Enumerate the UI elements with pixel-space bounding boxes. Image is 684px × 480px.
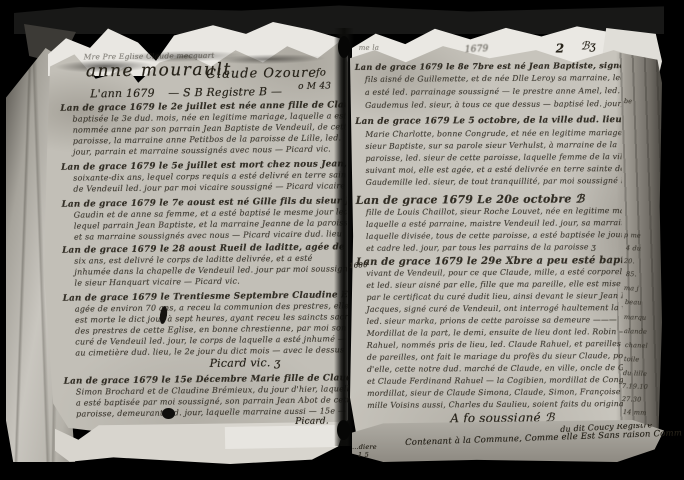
manuscript-line: sieur Baptiste, sur sa parole sieur Verh… [365, 141, 617, 151]
page-heading: Claude Ozoure [206, 67, 317, 81]
manuscript-line: six ans, est delivré le corps de laditte… [74, 255, 312, 266]
edge-fragment: ma j [624, 285, 639, 292]
edge-fragments: be p me 4 du 20. 85. ma j beau marqu ala… [620, 90, 682, 435]
edge-fragment: p me [624, 232, 641, 239]
footer-note: Contenant à la Commune, Comme elle Est S… [405, 429, 682, 448]
edge-fragment: marqu [624, 314, 647, 321]
manuscript-line: mordillat, sieur de Claude Simona, Claud… [367, 388, 621, 398]
scribble: 1679 [465, 45, 489, 55]
left-page-text: Mre Pre Eglise Claude mecquart anne mour… [56, 38, 350, 440]
manuscript-line: de Vendeuil led. jour par moi vicaire so… [73, 182, 345, 193]
manuscript-line: d'elle, cette notre dud. marché de Claud… [367, 364, 623, 374]
manuscript-line: Marie Charlotte, bonne Congrude, et née … [365, 129, 623, 139]
right-page-text: me la 1679 2 ℬʒ Lan de grace 1679 le 8e … [353, 37, 624, 431]
manuscript-line: mille Voisins aussi, Charles du Saulieu,… [367, 400, 623, 410]
manuscript-line: au cimetière dud. lieu, le 2e jour du di… [75, 346, 344, 357]
edge-fragment: toile [624, 356, 640, 363]
manuscript-line: jour, parrain et marraine soussignés ave… [73, 145, 331, 156]
edge-fragment: 14 mm [623, 409, 647, 416]
paraph-flourish: ℬʒ [581, 40, 596, 51]
manuscript-line: paroisse, led. sieur de cette paroisse, … [365, 153, 623, 163]
margin-year: 1680 [349, 262, 368, 270]
manuscript-line: Lan de grace 1679 le 29e Xbre a peu esté… [356, 256, 623, 268]
edge-fragment: alande [624, 328, 647, 335]
signature: Picard. [295, 417, 329, 426]
subheading: L'ann 1679 [90, 88, 155, 100]
manuscript-line: a esté led. parrainage soussigné — le pr… [365, 87, 620, 97]
manuscript-line: et sa marraine soussignés avec nous — Pi… [74, 230, 342, 241]
manuscript-line: vivant de Vendeuil, pour ce que Claude, … [366, 268, 623, 278]
edge-fragment: 85. [626, 271, 637, 278]
page-heading: fo [316, 68, 326, 78]
manuscript-line: Lan de grace 1679 Le 20e octobre ℬ [356, 193, 585, 206]
edge-fragment: 20. [624, 258, 635, 265]
manuscript-line: et Claude Ferdinand Rahuel — la Cogibien… [367, 376, 623, 386]
edge-fragment: 27.30 [622, 396, 642, 403]
manuscript-line: par le certificat du curé dudit lieu, ai… [366, 292, 623, 302]
manuscript-line: fils aisné de Guillemette, et de née Dll… [365, 74, 623, 84]
footer-annotation: du dit Coucy Régistre Contenant à la Com… [350, 424, 682, 476]
edge-fragment: du lille [623, 370, 647, 377]
manuscript-line: Jacques, signé curé de Vendeuil, ont int… [366, 304, 623, 314]
manuscript-line: jnhumée dans la chapelle de Vendeuil led… [74, 265, 349, 276]
manuscript-line: led. sieur marka, prions de cette parois… [367, 316, 617, 326]
manuscript-line: suivant moi, elle est agée, et a esté de… [366, 165, 624, 175]
manuscript-line: fille de Louis Chaillot, sieur Roche Lou… [366, 207, 624, 217]
gutter-blot-top [338, 36, 350, 58]
manuscript-line: laquelle divisée, tous de cette paroisse… [366, 231, 623, 241]
manuscript-line: Gaudemus led. sieur, à tous ce que dessu… [365, 100, 623, 110]
edge-fragment: beau [625, 299, 642, 306]
manuscript-scan: Mre Pre Eglise Claude mecquart anne mour… [0, 0, 684, 480]
footer-note: …diere [352, 444, 377, 451]
manuscript-line: et led. sieur aisné par elle, fille que … [366, 280, 623, 290]
manuscript-line: Rahuel, nommés pris de lieu, led. Claude… [367, 340, 621, 350]
ink-blotch [162, 408, 175, 419]
page-number: 2 [556, 42, 565, 54]
manuscript-line: Gaudemille led. sieur, de tout tranquill… [366, 177, 624, 187]
manuscript-line: le sieur Hanquart vicaire — Picard vic. [74, 278, 239, 288]
manuscript-line: et cadre led. jour, par tous les parrain… [366, 243, 596, 252]
manuscript-line: Lan de grace 1679 le 8e 7bre est né Jean… [355, 61, 624, 72]
subheading: — S B Registre B — [168, 86, 282, 98]
gutter-blot-bottom [337, 420, 350, 440]
subheading: o M 43 [298, 82, 331, 91]
manuscript-line: laquelle a esté parraine, maistre Vendeu… [366, 219, 623, 229]
manuscript-line: me la [359, 45, 379, 52]
edge-fragment: chanel [625, 342, 648, 349]
manuscript-line: Mordillat de la part, le demi, ensuite d… [367, 328, 624, 338]
manuscript-line: de pareilles, ont fait le mariage du pro… [367, 352, 624, 362]
edge-fragment: 4 du [626, 245, 642, 252]
edge-fragment: 7.19.10 [622, 383, 648, 390]
signature: Picard vic. ʒ [209, 357, 280, 369]
footer-note: 1 5 [358, 452, 369, 459]
edge-fragment: be [624, 98, 633, 105]
manuscript-line: Lan de grace 1679 Le 5 octobre, de la vi… [355, 116, 623, 127]
